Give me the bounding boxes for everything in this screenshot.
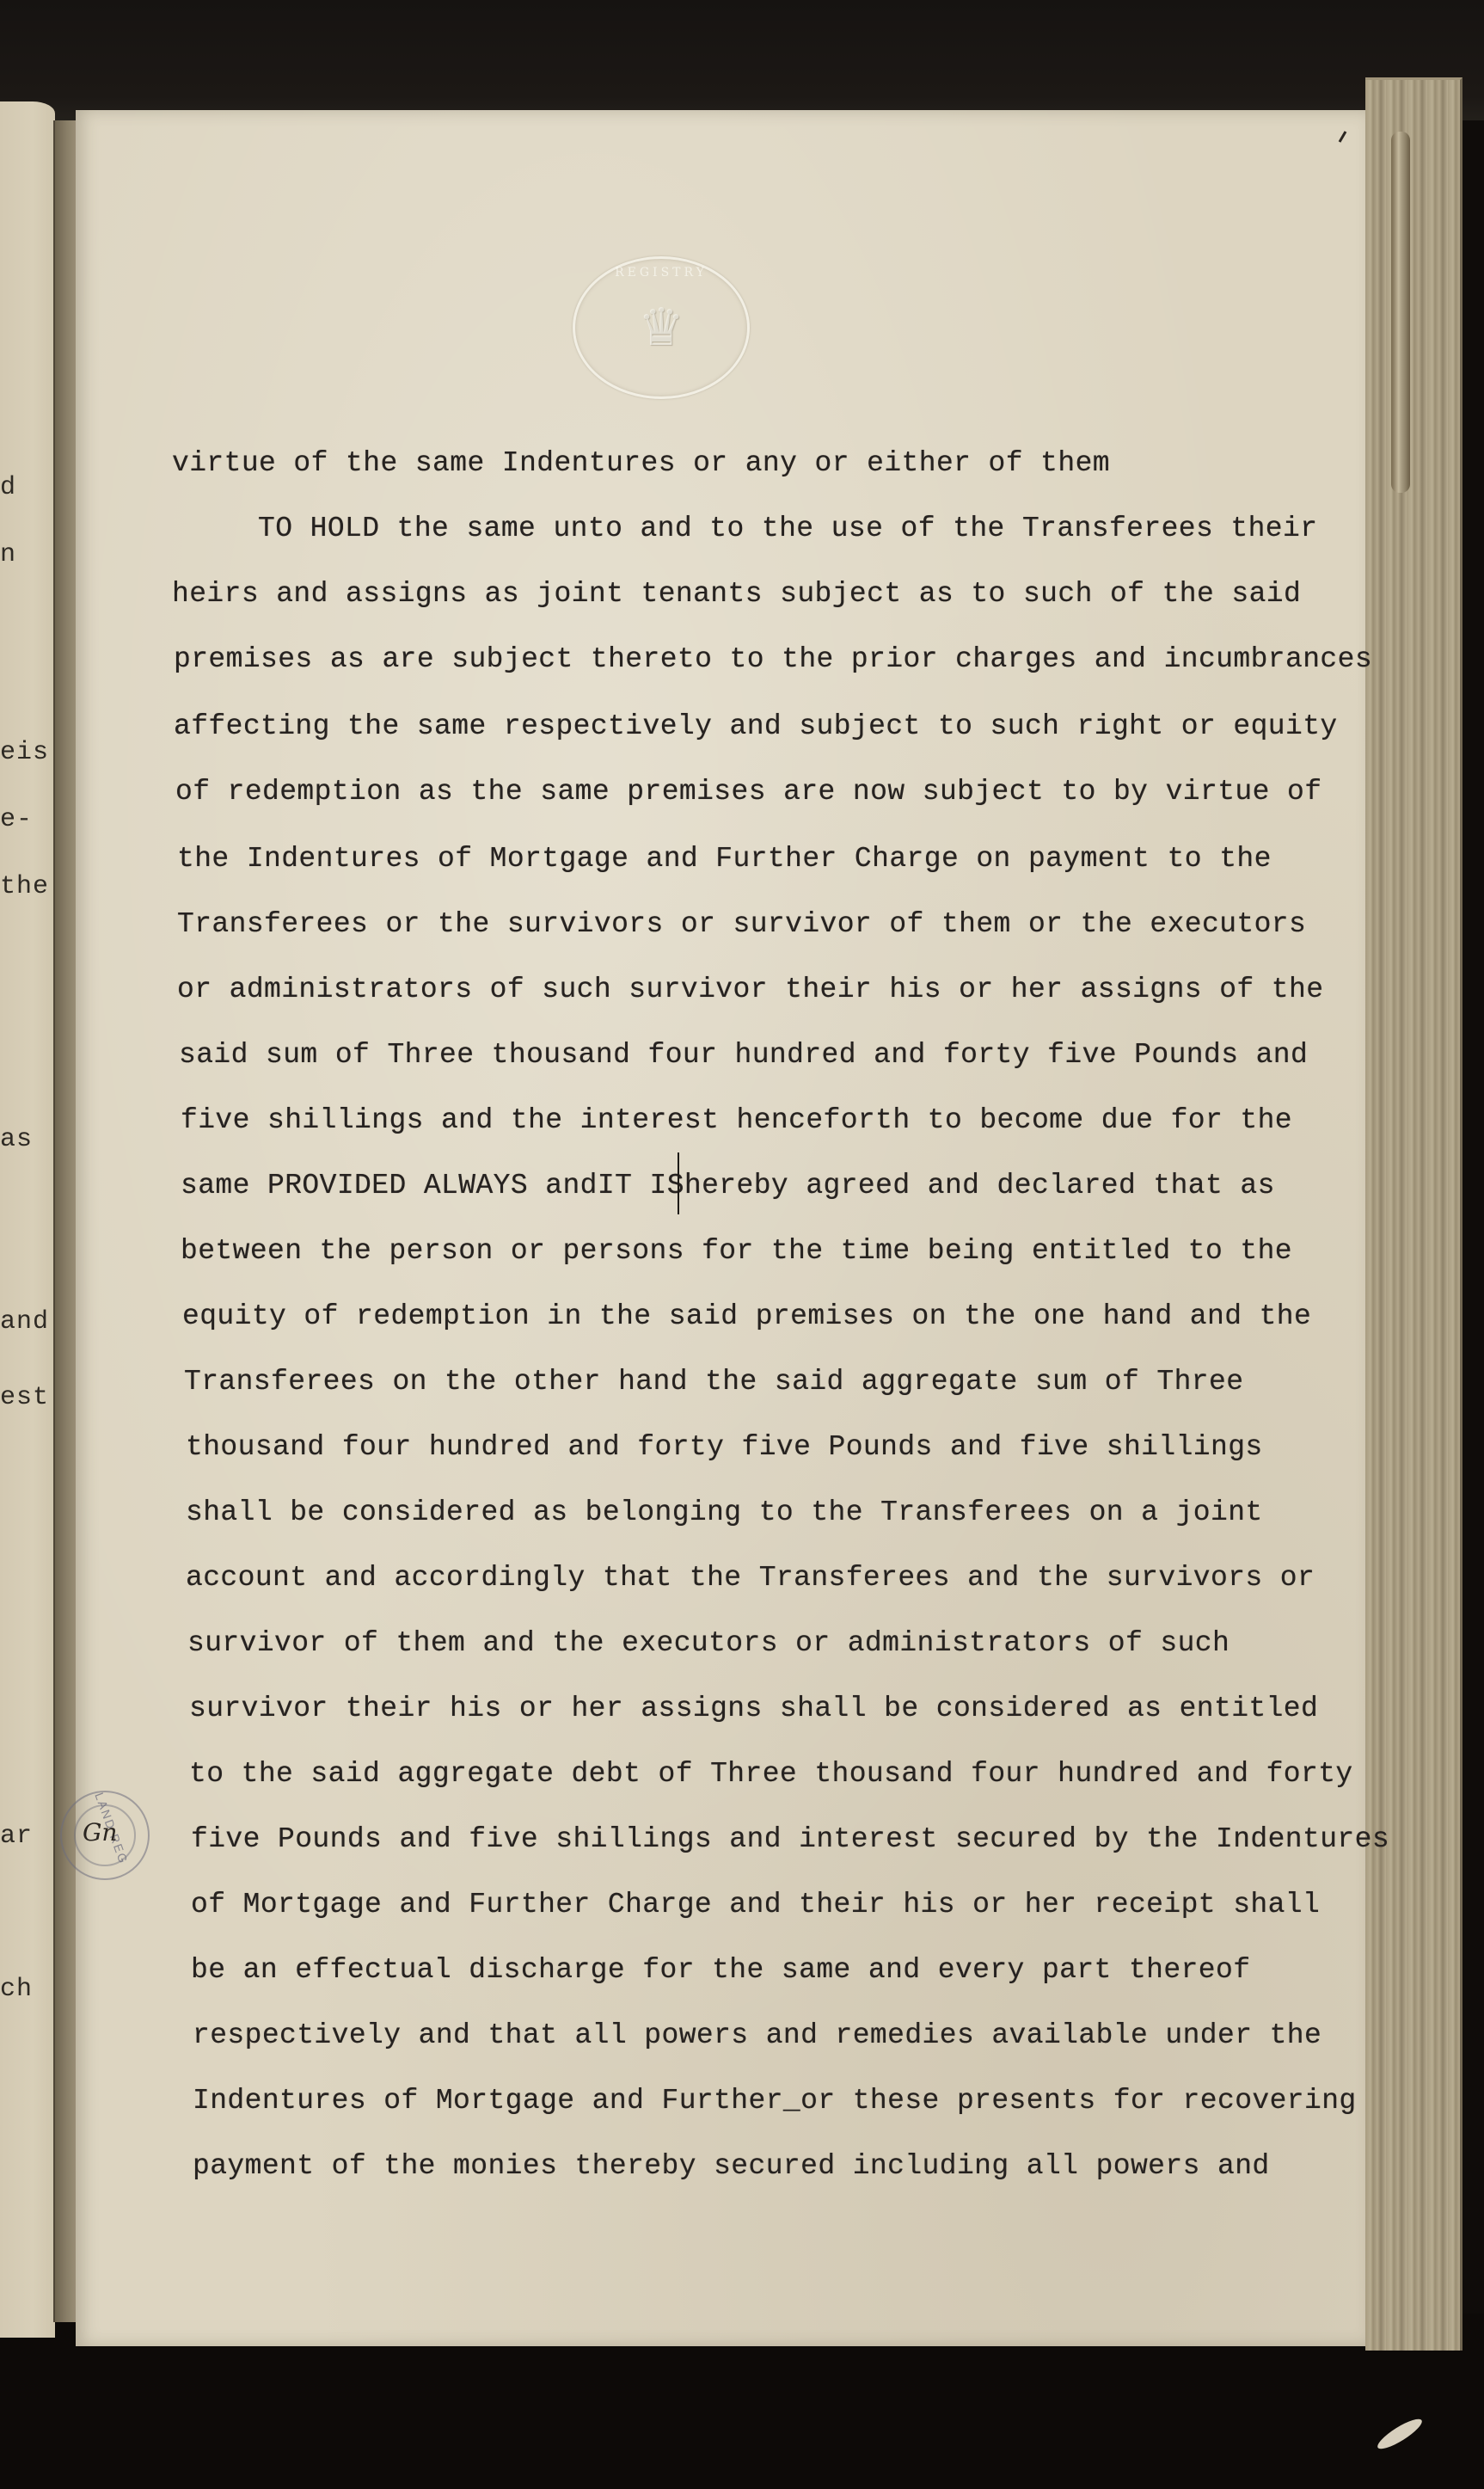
text-line: survivor of them and the executors or ad… [187,1627,1230,1659]
text-line: heirs and assigns as joint tenants subje… [172,578,1301,610]
text-line: TO HOLD the same unto and to the use of … [258,513,1317,544]
text-line: be an effectual discharge for the same a… [191,1954,1250,1986]
text-line: affecting the same respectively and subj… [174,710,1338,742]
text-line: five Pounds and five shillings and inter… [191,1823,1389,1855]
text-line: equity of redemption in the said premise… [182,1300,1311,1332]
text-line: survivor their his or her assigns shall … [189,1693,1318,1724]
deed-text: virtue of the same Indentures or any or … [0,0,1484,2489]
ink-vertical-mark [678,1152,679,1214]
text-line: account and accordingly that the Transfe… [186,1562,1315,1594]
text-line: the Indentures of Mortgage and Further C… [177,843,1272,875]
text-line: of redemption as the same premises are n… [175,776,1321,808]
text-line: premises as are subject thereto to the p… [174,643,1372,675]
text-line: Indentures of Mortgage and Further_or th… [193,2085,1357,2117]
text-line: shall be considered as belonging to the … [186,1496,1263,1528]
stamp-initials: Gn [83,1818,117,1847]
text-line: thousand four hundred and forty five Pou… [186,1431,1263,1463]
text-line: said sum of Three thousand four hundred … [179,1039,1308,1071]
text-line: between the person or persons for the ti… [181,1235,1292,1267]
text-line: same PROVIDED ALWAYS andIT IShereby agre… [181,1170,1275,1201]
text-line: respectively and that all powers and rem… [193,2019,1321,2051]
land-registry-stamp-icon: LAND REG Gn [60,1791,150,1880]
text-line: Transferees or the survivors or survivor… [177,908,1306,940]
text-line: to the said aggregate debt of Three thou… [189,1758,1353,1790]
text-line: five shillings and the interest hencefor… [181,1104,1292,1136]
text-line: Transferees on the other hand the said a… [184,1366,1243,1398]
text-line: virtue of the same Indentures or any or … [172,447,1110,479]
text-line: payment of the monies thereby secured in… [193,2150,1270,2182]
text-line: or administrators of such survivor their… [177,974,1323,1005]
text-line: of Mortgage and Further Charge and their… [191,1889,1320,1921]
